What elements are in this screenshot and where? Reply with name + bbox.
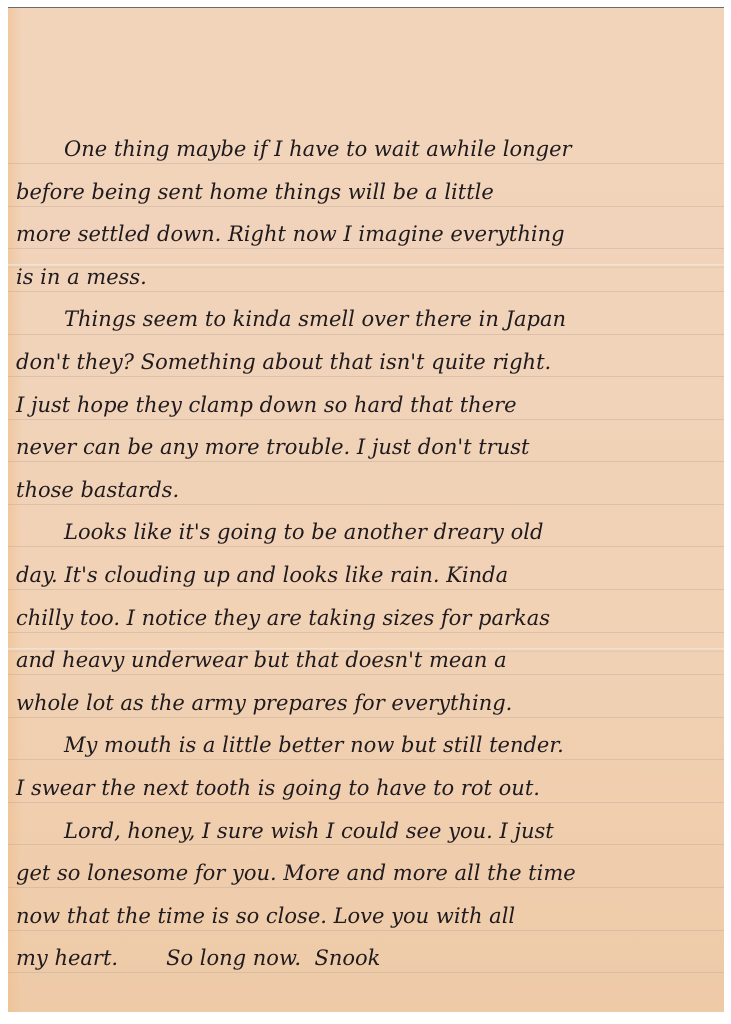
letter-body: One thing maybe if I have to wait awhile… [16, 128, 716, 980]
text-line: One thing maybe if I have to wait awhile… [16, 128, 716, 171]
text-line: is in a mess. [16, 256, 716, 299]
text-line: Looks like it's going to be another drea… [16, 511, 716, 554]
text-line: whole lot as the army prepares for every… [16, 682, 716, 725]
text-line: never can be any more trouble. I just do… [16, 426, 716, 469]
text-line: chilly too. I notice they are taking siz… [16, 597, 716, 640]
paragraph-4: My mouth is a little better now but stil… [16, 724, 716, 809]
text-line: Things seem to kinda smell over there in… [16, 298, 716, 341]
text-line: more settled down. Right now I imagine e… [16, 213, 716, 256]
text-line: Lord, honey, I sure wish I could see you… [16, 810, 716, 853]
paragraph-3: Looks like it's going to be another drea… [16, 511, 716, 724]
paragraph-2: Things seem to kinda smell over there in… [16, 298, 716, 511]
text-line: get so lonesome for you. More and more a… [16, 852, 716, 895]
paragraph-1: One thing maybe if I have to wait awhile… [16, 128, 716, 298]
text-line: don't they? Something about that isn't q… [16, 341, 716, 384]
paragraph-5: Lord, honey, I sure wish I could see you… [16, 810, 716, 980]
text-line: My mouth is a little better now but stil… [16, 724, 716, 767]
text-line: and heavy underwear but that doesn't mea… [16, 639, 716, 682]
text-line: day. It's clouding up and looks like rai… [16, 554, 716, 597]
text-line: my heart. [16, 946, 118, 970]
text-line: now that the time is so close. Love you … [16, 895, 716, 938]
text-line: I swear the next tooth is going to have … [16, 767, 716, 810]
valediction: So long now. [166, 946, 301, 970]
text-line: those bastards. [16, 469, 716, 512]
signature: Snook [314, 946, 380, 970]
text-line: before being sent home things will be a … [16, 171, 716, 214]
text-line: I just hope they clamp down so hard that… [16, 384, 716, 427]
closing-line: my heart.So long now. Snook [16, 937, 716, 980]
